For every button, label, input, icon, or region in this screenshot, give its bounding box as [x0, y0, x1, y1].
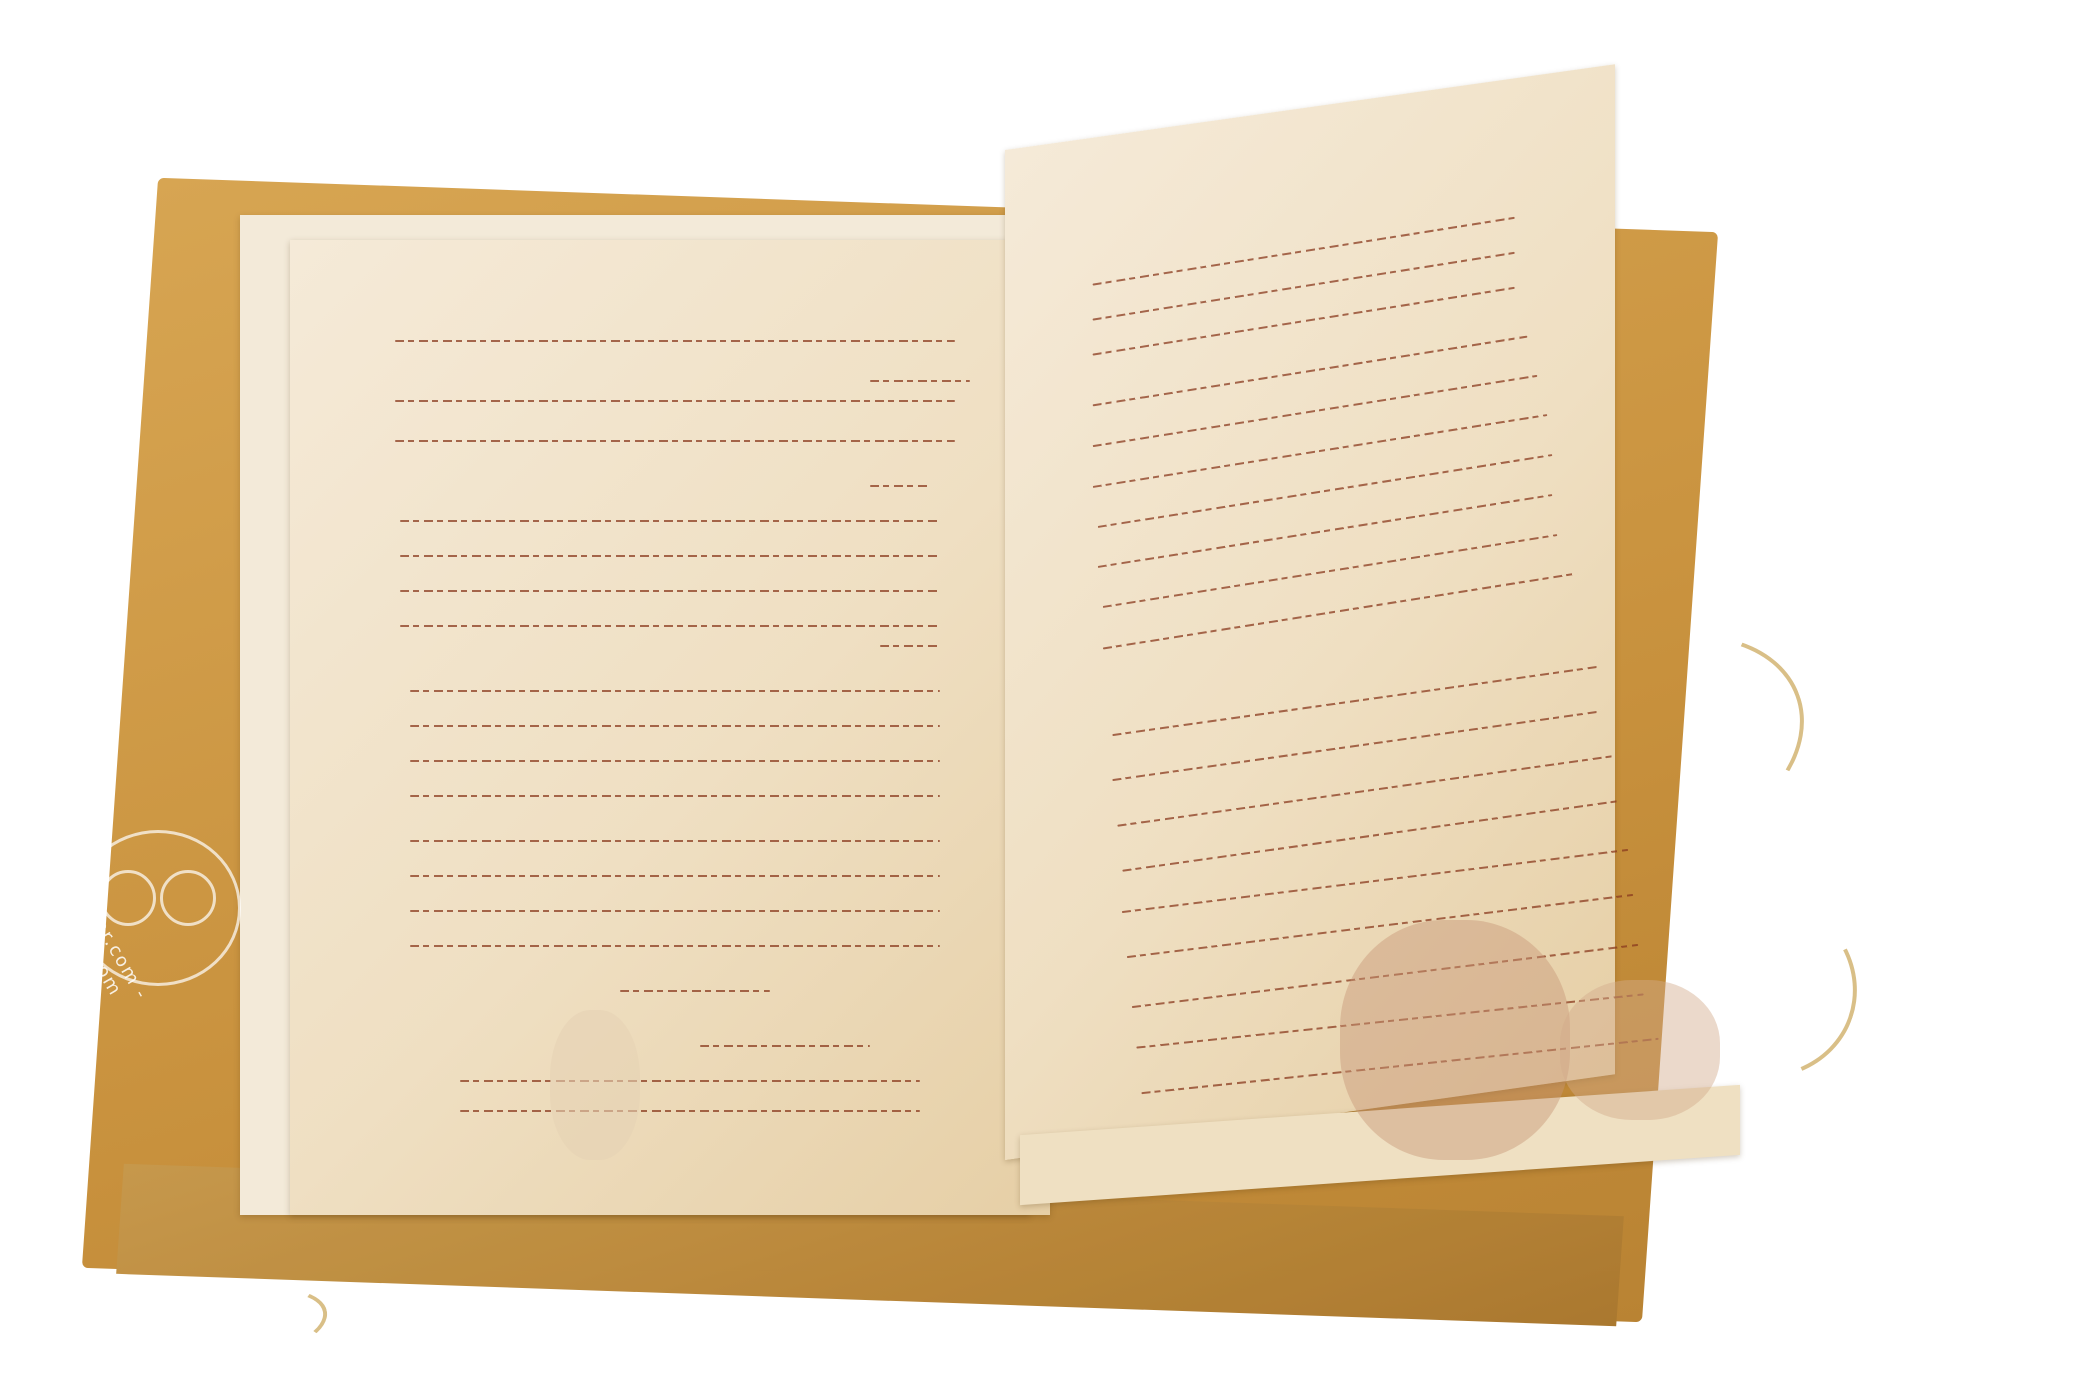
owl-eye-right-icon — [160, 870, 216, 926]
photo-stage: FacsimileFinder.com - FacsimileFinder.co… — [0, 0, 2100, 1400]
watermark: FacsimileFinder.com - FacsimileFinder.co… — [55, 790, 255, 990]
right-page-damage — [1340, 920, 1570, 1160]
